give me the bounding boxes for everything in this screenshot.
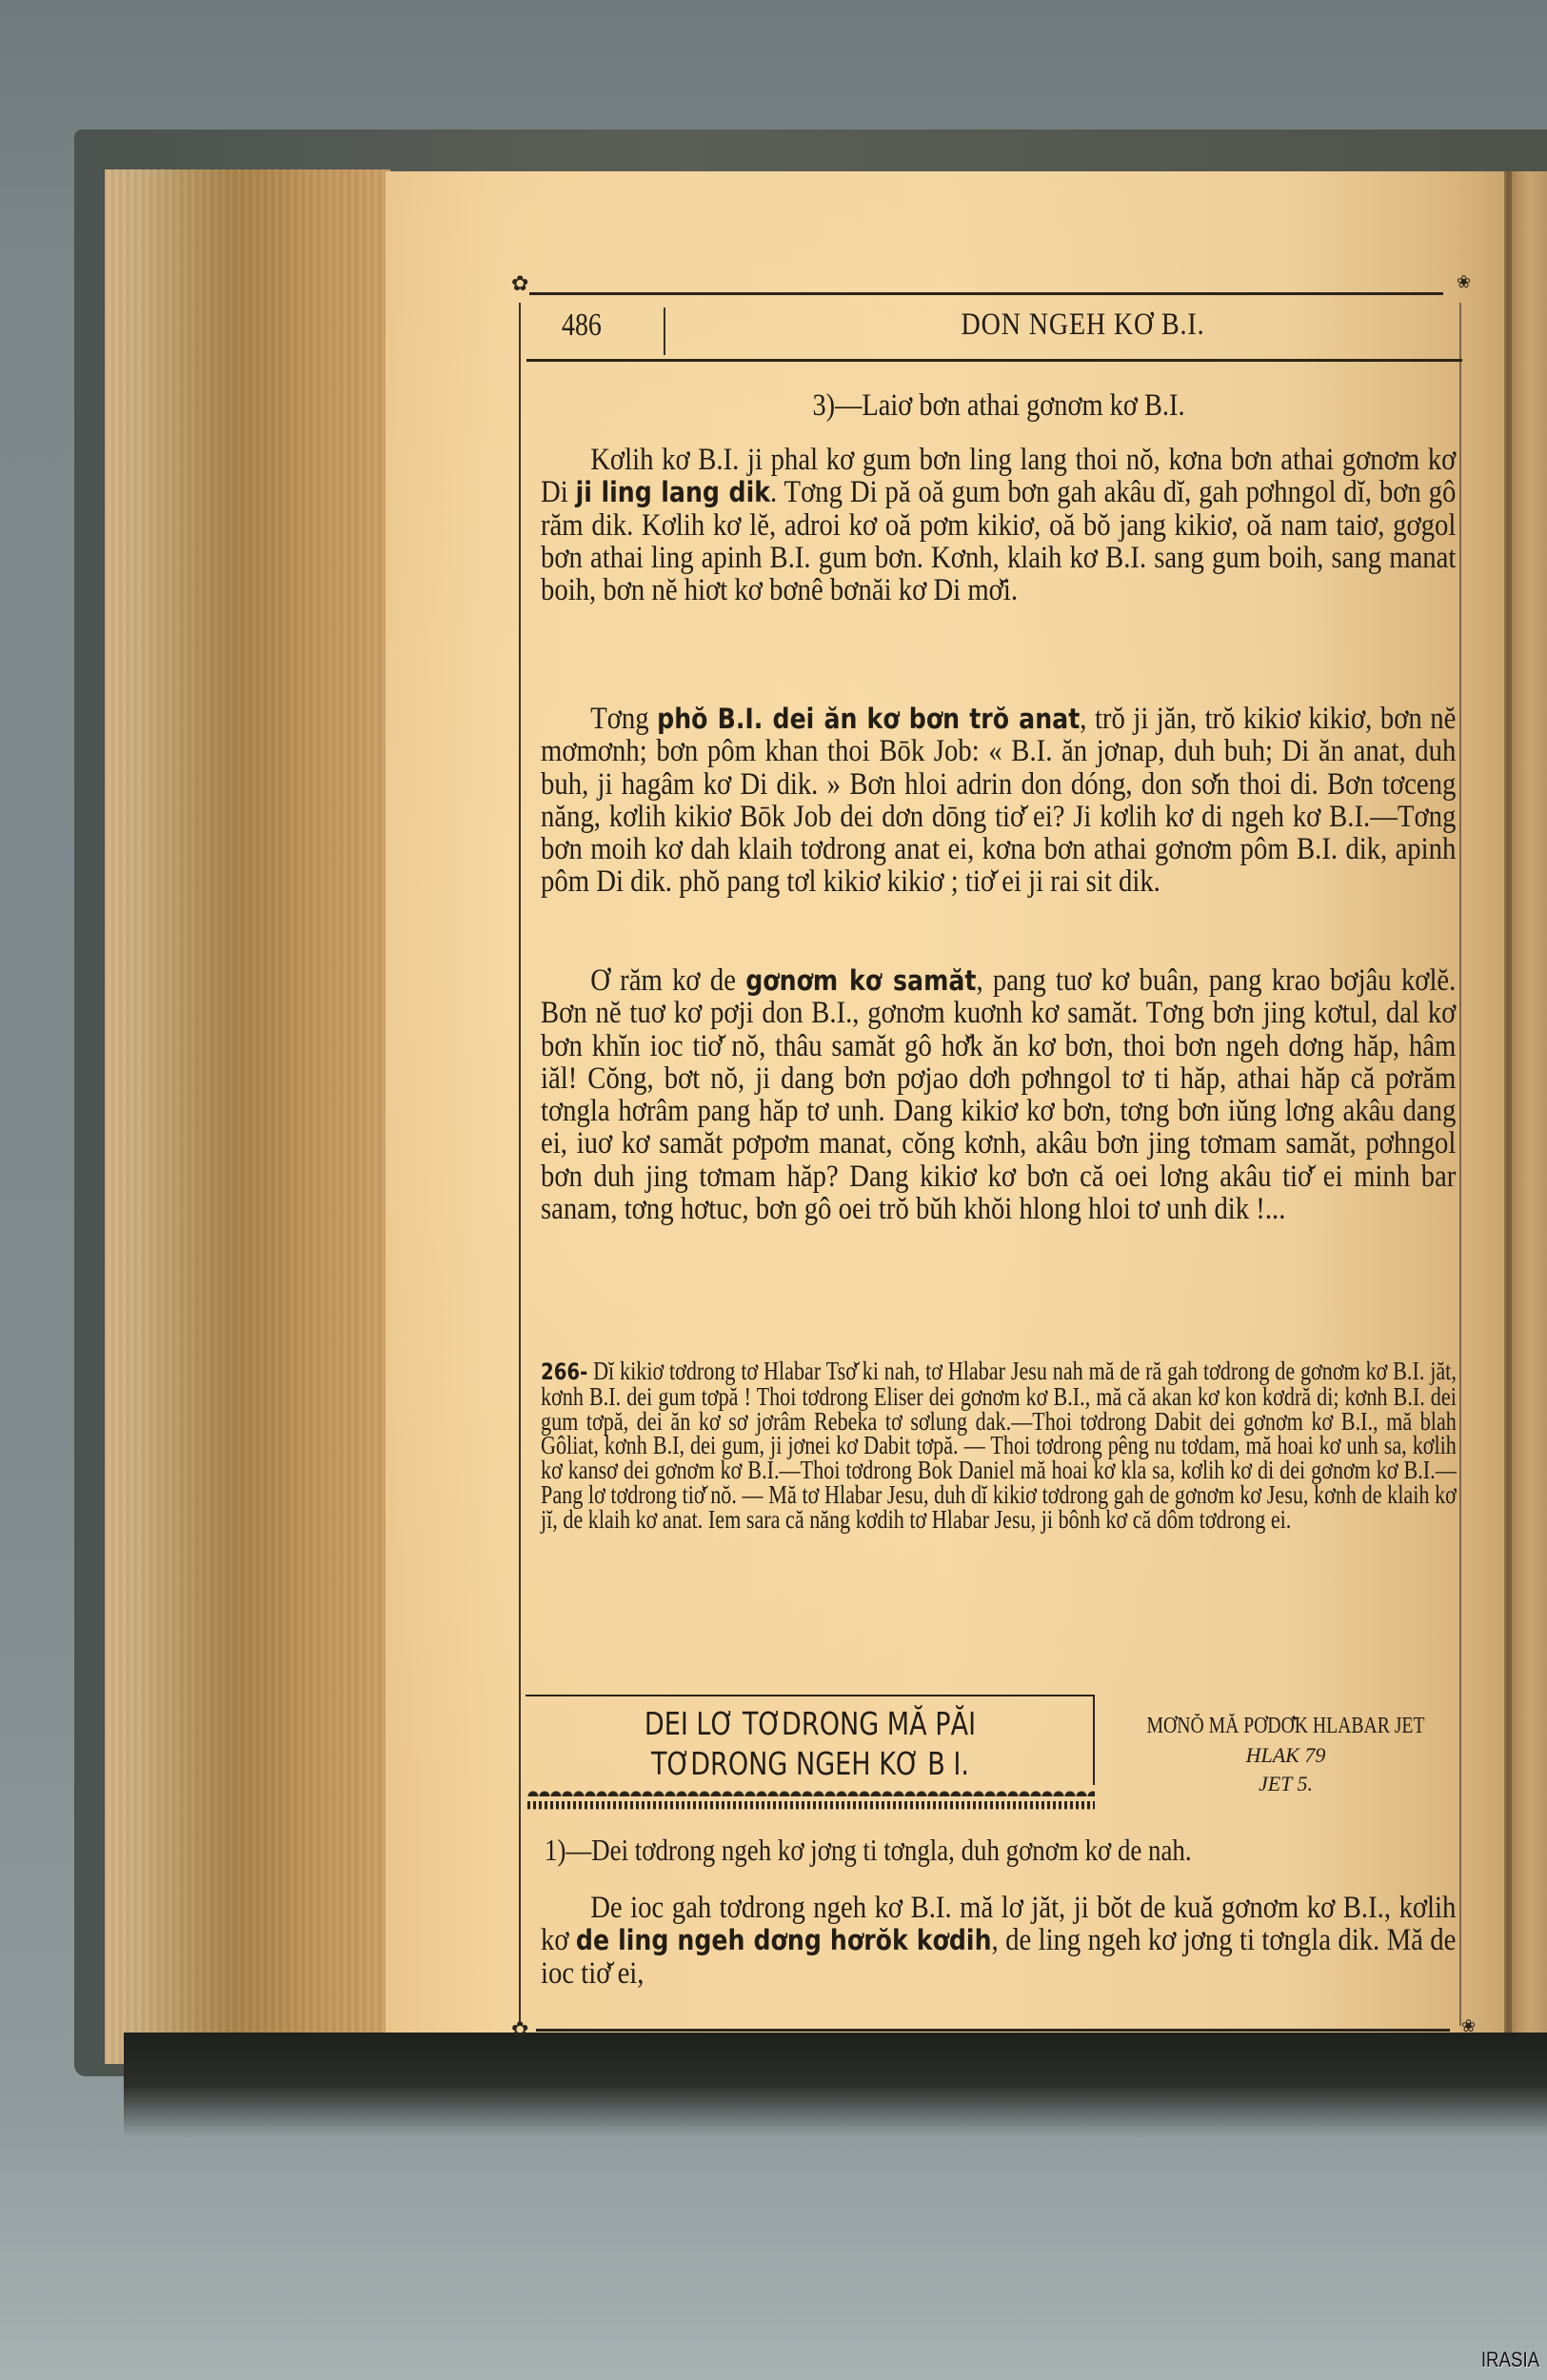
chapter-title-line-2: TƠDRONG NGEH KƠ B I. (577, 1744, 1043, 1784)
section-body: Tơng phŏ B.I. dei ăn kơ bơn trŏ anat, tr… (541, 703, 1457, 899)
header-rule (526, 359, 1462, 362)
subsection-heading: 1)—Dei tơdrong ngeh kơ jơng ti tơngla, d… (545, 1833, 1314, 1868)
run: Ơ răm kơ de (590, 963, 745, 998)
section-body: Kơlih kơ B.I. ji phal kơ gum bơn ling la… (541, 444, 1457, 606)
right-frame-line (1459, 303, 1461, 2026)
gutter-shadow (1506, 171, 1512, 2066)
emphasis: de ling ngeh dơng hơrŏk kơdih (576, 1924, 992, 1956)
fleuron-ornament-icon: ✿ (511, 2020, 528, 2041)
chapter-title-line-1: DEI LƠ TƠDRONG MĂ PĂI (577, 1704, 1043, 1744)
left-frame-line (519, 303, 521, 2026)
paragraph-1: Kơlih kơ B.I. ji phal kơ gum bơn ling la… (541, 444, 1456, 606)
running-title: DON NGEH KƠ B.I. (765, 307, 1400, 343)
fleuron-ornament-icon: ❀ (1457, 274, 1471, 291)
fleuron-ornament-icon: ❀ (1461, 2018, 1476, 2035)
paragraph-4: De ioc gah tơdrong ngeh kơ B.I. mă lơ jă… (541, 1892, 1456, 1990)
fleuron-ornament-icon: ✿ (511, 274, 528, 295)
ornamental-border-icon (527, 1785, 1095, 1796)
emphasis: phŏ B.I. dei ăn kơ bơn trŏ anat (657, 703, 1080, 735)
paragraph-2: Tơng phŏ B.I. dei ăn kơ bơn trŏ anat, tr… (541, 703, 1456, 899)
footnote-block: 266- Dĭ kikiơ tơdrong tơ Hlabar Tsơ̆ ki … (541, 1359, 1457, 1533)
emphasis: gơnơm kơ samăt (745, 964, 976, 997)
run: Tơng (590, 702, 657, 736)
reference-chapter: HLAK 79 (1112, 1743, 1459, 1768)
footnote-266: 266- Dĭ kikiơ tơdrong tơ Hlabar Tsơ̆ ki … (541, 1359, 1457, 1533)
page-edges (105, 169, 390, 2064)
reference-title: MƠNŎ MĂ PƠDƠ̆K HLABAR JET (1143, 1714, 1428, 1739)
top-rule (529, 292, 1443, 295)
bottom-rule (536, 2029, 1450, 2032)
box-border (526, 1695, 1093, 1696)
section-body: Ơ răm kơ de gơnơm kơ samăt, pang tuơ kơ … (541, 964, 1457, 1225)
section-body: De ioc gah tơdrong ngeh kơ B.I. mă lơ jă… (541, 1892, 1457, 1990)
run: , pang tuơ kơ buân, pang krao bơjâu kơlĕ… (541, 963, 1456, 1226)
cover-bottom-shadow (124, 2033, 1547, 2137)
emphasis: ji ling lang dik (576, 476, 770, 508)
note-text: Dĭ kikiơ tơdrong tơ Hlabar Tsơ̆ ki nah, … (541, 1357, 1457, 1534)
reference-verse: JET 5. (1112, 1772, 1459, 1796)
scripture-reference: MƠNŎ MĂ PƠDƠ̆K HLABAR JET HLAK 79 JET 5. (1112, 1714, 1459, 1796)
note-number: 266- (541, 1359, 587, 1385)
page-number: 486 (562, 307, 602, 344)
running-head: 486 DON NGEH KƠ B.I. (519, 307, 1457, 353)
paragraph-3: Ơ răm kơ de gơnơm kơ samăt, pang tuơ kơ … (541, 964, 1456, 1225)
watermark-logo: IRASIA (1481, 2348, 1539, 2372)
section-heading: 3)—Laiơ bơn athai gơnơm kơ B.I. (605, 388, 1392, 424)
